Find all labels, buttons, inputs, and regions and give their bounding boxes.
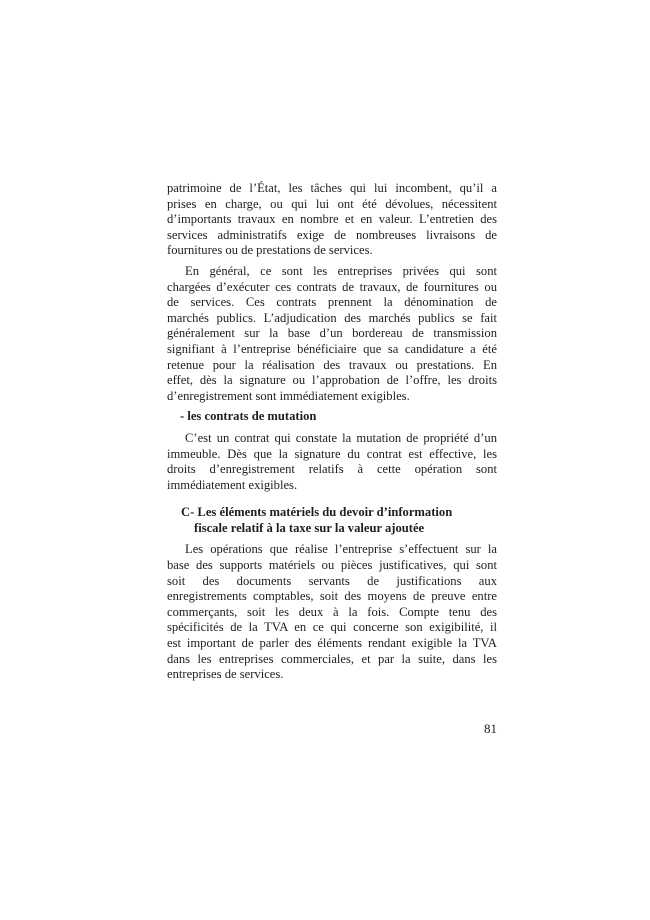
- page-number: 81: [167, 721, 497, 737]
- text-line: prises en charge, ou qui lui ont été dév…: [167, 197, 497, 213]
- text-line: fournitures ou de prestations de service…: [167, 243, 497, 259]
- paragraph: patrimoine de l’État, les tâches qui lui…: [167, 181, 497, 259]
- text-line: base des supports matériels ou pièces ju…: [167, 558, 497, 574]
- text-line: généralement sur la base d’un bordereau …: [167, 326, 497, 342]
- heading: C- Les éléments matériels du devoir d’in…: [167, 505, 497, 536]
- text-line: En général, ce sont les entreprises priv…: [167, 264, 497, 280]
- text-line: entreprises de services.: [167, 667, 497, 683]
- paragraph: En général, ce sont les entreprises priv…: [167, 264, 497, 404]
- text-line: commerçants, soit les deux à la fois. Co…: [167, 605, 497, 621]
- text-line: est important de parler des éléments ren…: [167, 636, 497, 652]
- page-body: patrimoine de l’État, les tâches qui lui…: [167, 181, 497, 688]
- document-page: patrimoine de l’État, les tâches qui lui…: [0, 0, 650, 920]
- subheading: - les contrats de mutation: [167, 409, 497, 425]
- text-line: - les contrats de mutation: [167, 409, 497, 425]
- text-line: dans les entreprises commerciales, et pa…: [167, 652, 497, 668]
- text-line: d’enregistrement sont immédiatement exig…: [167, 389, 497, 405]
- text-line: d’importants travaux en nombre et en val…: [167, 212, 497, 228]
- text-line: de services. Ces contrats prennent la dé…: [167, 295, 497, 311]
- text-line: C’est un contrat qui constate la mutatio…: [167, 431, 497, 447]
- text-line: soit des documents servants de justifica…: [167, 574, 497, 590]
- text-line: C- Les éléments matériels du devoir d’in…: [167, 505, 497, 521]
- paragraph: Les opérations que réalise l’entreprise …: [167, 542, 497, 682]
- text-line: patrimoine de l’État, les tâches qui lui…: [167, 181, 497, 197]
- text-line: immeuble. Dès que la signature du contra…: [167, 447, 497, 463]
- text-line: signifiant à l’entreprise bénéficiaire q…: [167, 342, 497, 358]
- paragraph: C’est un contrat qui constate la mutatio…: [167, 431, 497, 493]
- text-line: services administratifs exige de nombreu…: [167, 228, 497, 244]
- text-line: droits d’enregistrement relatifs à cette…: [167, 462, 497, 478]
- text-line: immédiatement exigibles.: [167, 478, 497, 494]
- text-line: marchés publics. L’adjudication des marc…: [167, 311, 497, 327]
- text-line: spécificités de la TVA en ce qui concern…: [167, 620, 497, 636]
- text-line: effet, dès la signature ou l’approbation…: [167, 373, 497, 389]
- text-line: enregistrements comptables, soit des moy…: [167, 589, 497, 605]
- text-line: retenue pour la réalisation des travaux …: [167, 358, 497, 374]
- text-line: Les opérations que réalise l’entreprise …: [167, 542, 497, 558]
- text-line: fiscale relatif à la taxe sur la valeur …: [167, 521, 497, 537]
- text-line: chargées d’exécuter ces contrats de trav…: [167, 280, 497, 296]
